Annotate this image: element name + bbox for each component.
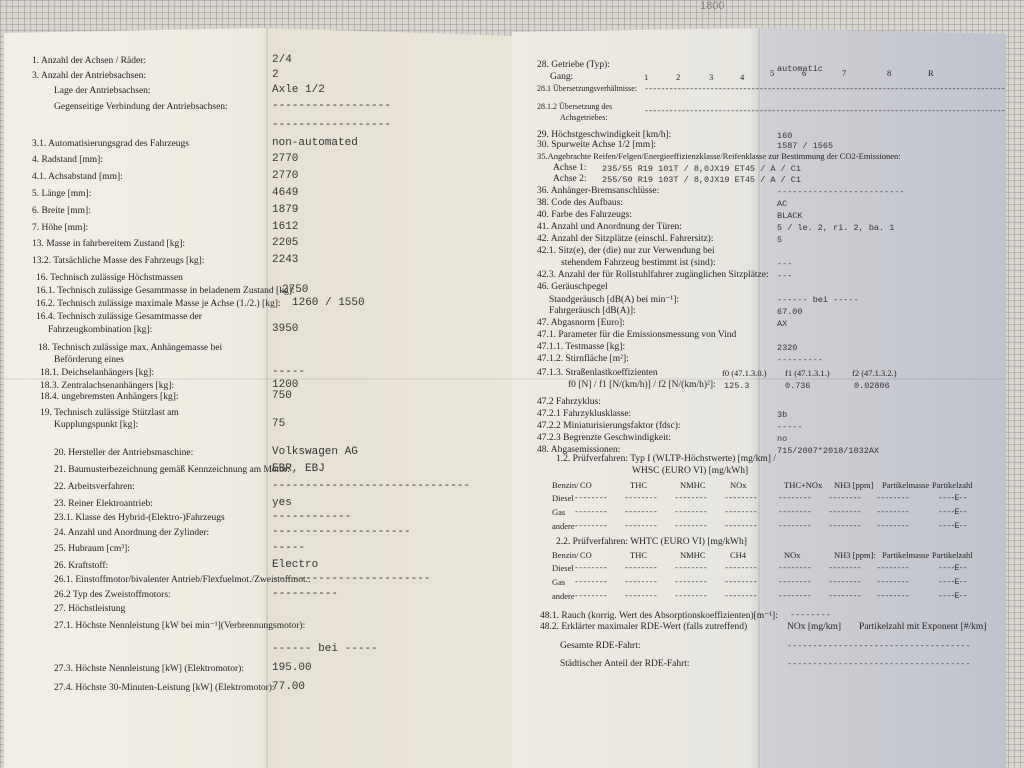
field-value: 3950	[272, 323, 298, 335]
field-value: no	[777, 434, 787, 444]
field-value: ---------------------	[272, 526, 411, 538]
field-label: 18.3. Zentralachsenanhängers [kg]:	[40, 381, 174, 391]
field-label: Achse 1:	[553, 163, 587, 173]
field-value: 5 / le. 2, ri. 2, ba. 1	[777, 223, 894, 233]
emissions-row-label: Diesel	[552, 493, 574, 503]
field-label: 42.3. Anzahl der für Rollstuhlfahrer zug…	[537, 270, 769, 280]
emissions-header: Benzin/	[552, 550, 578, 560]
field-value: 77.00	[272, 681, 305, 693]
field-label: 47.1.1. Testmasse [kg]:	[537, 342, 625, 352]
field-label: 18.1. Deichselanhängers [kg]:	[40, 368, 154, 378]
emissions-cell: --------	[724, 577, 757, 587]
rde-total-value: ------------------------------------	[787, 641, 971, 651]
field-label: 41. Anzahl und Anordnung der Türen:	[537, 222, 682, 232]
emissions-cell: --------	[828, 507, 861, 517]
field-value: 5	[777, 235, 782, 245]
field-value: 715/2007*2018/1832AX	[777, 446, 879, 456]
field-label: 18. Technisch zulässige max. Anhängemass…	[38, 343, 222, 353]
fold-line	[758, 28, 760, 768]
axle-ratio-dashes: ----------------------------------------…	[644, 106, 1006, 116]
field-value: 2/4	[272, 54, 292, 66]
emissions-cell: --------	[724, 507, 757, 517]
field-label: 47.2.1 Fahrzyklusklasse:	[537, 409, 631, 419]
field-label: 29. Höchstgeschwindigkeit [km/h]:	[537, 130, 671, 140]
field-value: 2750	[282, 284, 308, 296]
emissions-cell: --------	[876, 521, 909, 531]
field-value: ---	[777, 259, 792, 269]
gear-column: 3	[709, 72, 713, 82]
field-label: 26. Kraftstoff:	[54, 561, 108, 571]
emissions-header: Partikelzahl	[932, 550, 973, 560]
field-value: yes	[272, 497, 292, 509]
field-label: 42. Anzahl der Sitzplätze (einschl. Fahr…	[537, 234, 713, 244]
field-label: Standgeräusch [dB(A) bei min⁻¹]:	[549, 294, 679, 305]
emissions-cell: --------	[624, 493, 657, 503]
emissions-2-title: 2.2. Prüfverfahren: WHTC (EURO VI) [mg/k…	[556, 537, 747, 547]
ratio-dashes: ----------------------------------------…	[644, 84, 1006, 94]
emissions-row-label: Gas	[552, 507, 565, 517]
field-value: -----	[272, 542, 305, 554]
emissions-cell: --------	[828, 563, 861, 573]
field-label: 18.4. ungebremsten Anhängers [kg]:	[40, 392, 179, 402]
field-value: ------------------------------	[272, 480, 470, 492]
gear-column: 4	[740, 72, 744, 82]
emissions-cell: --------	[778, 521, 811, 531]
emissions-cell: --------	[674, 591, 707, 601]
emissions-cell: --------	[876, 591, 909, 601]
gear-column: R	[928, 68, 934, 78]
field-value: ----------	[272, 588, 338, 600]
field-label: 23.1. Klasse des Hybrid-(Elektro-)Fahrze…	[54, 513, 225, 523]
field-value: 750	[272, 390, 292, 402]
emissions-cell: --------	[624, 521, 657, 531]
emissions-cell: --------	[624, 563, 657, 573]
rde-total-label: Gesamte RDE-Fahrt:	[560, 641, 640, 651]
field-value: ------------------	[272, 100, 391, 112]
field-label: 3. Anzahl der Antriebsachsen:	[32, 71, 146, 81]
field-label: 27.3. Höchste Nennleistung [kW] (Elektro…	[54, 664, 244, 674]
field-value: 1587 / 1565	[777, 141, 833, 151]
gear-column: 7	[842, 68, 846, 78]
field-label: 47.1. Parameter für die Emissionsmessung…	[537, 330, 736, 340]
roadload-label: 47.1.3. Straßenlastkoeffizienten	[537, 368, 658, 378]
field-label: 4.1. Achsabstand [mm]:	[32, 172, 123, 182]
gear-column: 2	[676, 72, 680, 82]
emissions-row-label: andere	[552, 591, 575, 601]
field-value: 2	[272, 69, 279, 81]
field-value: -----	[272, 366, 305, 378]
axle-ratio-label-2: Achsgetriebes:	[560, 113, 608, 122]
emissions-cell: --------	[778, 507, 811, 517]
emissions-cell: --------	[828, 521, 861, 531]
gear-column: 5	[770, 68, 774, 78]
field-label: 27. Höchstleistung	[54, 604, 125, 614]
field-label: 36. Anhänger-Bremsanschlüsse:	[537, 186, 659, 196]
field-label: 40. Farbe des Fahrzeugs:	[537, 210, 632, 220]
emissions-cell: --------	[574, 521, 607, 531]
emissions-cell: --------	[674, 577, 707, 587]
emissions-cell: --------	[876, 563, 909, 573]
emissions-row-label: andere	[552, 521, 575, 531]
roadload-header-f2: f2 (47.1.3.2.)	[852, 368, 897, 378]
emissions-header: Partikelzahl	[932, 480, 973, 490]
emissions-cell-pn: ----E--	[938, 591, 967, 601]
smoke-label: 48.1. Rauch (korrig. Wert des Absorption…	[540, 610, 778, 621]
field-label: 30. Spurweite Achse 1/2 [mm]:	[537, 140, 656, 150]
handwritten-scribble: 1800	[700, 0, 724, 12]
field-label: Kupplungspunkt [kg]:	[54, 420, 138, 430]
emissions-header: Benzin/	[552, 480, 578, 490]
field-label: 19. Technisch zulässige Stützlast am	[40, 408, 179, 418]
field-label: Fahrgeräusch [dB(A)]:	[549, 306, 636, 316]
roadload-header-f0: f0 (47.1.3.0.)	[722, 368, 767, 378]
field-value: 1612	[272, 221, 298, 233]
field-value: 2770	[272, 170, 298, 182]
field-value: ---	[777, 271, 792, 281]
roadload-sublabel: f0 [N] / f1 [N/(km/h)] / f2 [N/(km/h)²]:	[568, 380, 716, 390]
emissions-cell: --------	[574, 591, 607, 601]
emissions-header: CO	[580, 550, 592, 560]
emissions-1-title: 1.2. Prüfverfahren: Typ I (WLTP-Höchstwe…	[556, 454, 776, 464]
gang-label: Gang:	[550, 72, 573, 82]
field-value: BLACK	[777, 211, 803, 221]
roadload-header-f1: f1 (47.1.3.1.)	[785, 368, 830, 378]
field-value: 235/55 R19 101T / 8,0JX19 ET45 / A / C1	[602, 164, 801, 174]
field-label: 35.Angebrachte Reifen/Felgen/Energieeffi…	[537, 151, 901, 161]
emissions-cell: --------	[574, 493, 607, 503]
field-value: ---------	[777, 355, 823, 365]
rde-urban-value: ------------------------------------	[787, 659, 971, 669]
emissions-cell: --------	[724, 563, 757, 573]
emissions-cell: --------	[876, 577, 909, 587]
emissions-cell-pn: ----E--	[938, 577, 967, 587]
field-value: -------------------------	[777, 187, 905, 197]
field-value: 195.00	[272, 662, 312, 674]
field-value: Axle 1/2	[272, 84, 325, 96]
rde-urban-label: Städtischer Anteil der RDE-Fahrt:	[560, 659, 690, 669]
field-label: 16.1. Technisch zulässige Gesamtmasse in…	[36, 286, 295, 296]
field-label: 3.1. Automatisierungsgrad des Fahrzeugs	[32, 139, 189, 149]
fold-line	[4, 378, 512, 380]
field-label: Fahrzeugkombination [kg]:	[48, 325, 152, 335]
emissions-cell: --------	[724, 493, 757, 503]
emissions-cell-pn: ----E--	[938, 521, 967, 531]
field-value: 75	[272, 418, 285, 430]
emissions-1-title-2: WHSC (EURO VI) [mg/kWh]	[632, 466, 748, 476]
field-value: 3b	[777, 410, 787, 420]
field-label: 7. Höhe [mm]:	[32, 223, 88, 233]
field-value: Volkswagen AG	[272, 446, 358, 458]
field-value: ------ bei -----	[777, 295, 859, 305]
field-value: non-automated	[272, 137, 358, 149]
field-label: 16.4. Technisch zulässige Gesamtmasse de…	[36, 312, 202, 322]
rde-col-pn: Partikelzahl mit Exponent [#/km]	[859, 622, 986, 632]
field-label: 16.2. Technisch zulässige maximale Masse…	[36, 299, 281, 309]
field-label: 16. Technisch zulässige Höchstmassen	[36, 273, 183, 283]
emissions-row-label: Diesel	[552, 563, 574, 573]
roadload-f0: 125.3	[724, 381, 750, 391]
emissions-cell: --------	[674, 507, 707, 517]
field-value: 255/50 R19 103T / 8,0JX19 ET45 / A / C1	[602, 175, 801, 185]
emissions-cell: --------	[778, 493, 811, 503]
emissions-cell-pn: ----E--	[938, 507, 967, 517]
emissions-header: NH3 [ppm]:	[834, 550, 876, 560]
emissions-header: THC	[630, 550, 647, 560]
emissions-header: THC	[630, 480, 647, 490]
emissions-header: NMHC	[680, 480, 706, 490]
field-label: 22. Arbeitsverfahren:	[54, 482, 135, 492]
gear-column: 6	[802, 68, 806, 78]
emissions-header: NOx	[784, 550, 801, 560]
field-value: Electro	[272, 559, 318, 571]
field-value: 4649	[272, 187, 298, 199]
emissions-cell: --------	[828, 591, 861, 601]
gear-column: 8	[887, 68, 891, 78]
field-label: 26.2 Typ des Zweistoffmotors:	[54, 590, 171, 600]
emissions-header: CH4	[730, 550, 746, 560]
field-value: 2320	[777, 343, 797, 353]
field-label: 47.1.2. Stirnfläche [m²]:	[537, 354, 629, 364]
emissions-cell: --------	[828, 493, 861, 503]
gear-column: 1	[644, 72, 648, 82]
emissions-header: NMHC	[680, 550, 706, 560]
emissions-cell: --------	[624, 577, 657, 587]
fold-line	[266, 28, 268, 768]
field-label: 42.1. Sitz(e), der (die) nur zur Verwend…	[537, 246, 715, 256]
emissions-header: CO	[580, 480, 592, 490]
field-value: 67.00	[777, 307, 803, 317]
emissions-cell: --------	[624, 507, 657, 517]
ratio-label: 28.1 Übersetzungsverhältnisse:	[537, 84, 637, 93]
document-page-right: 28. Getriebe (Typ): automatic Gang: 1234…	[512, 28, 1006, 768]
field-value: 1260 / 1550	[292, 297, 365, 309]
axle-ratio-label: 28.1.2 Übersetzung des	[537, 102, 612, 111]
emissions-cell: --------	[624, 591, 657, 601]
smoke-value: --------	[790, 610, 831, 620]
emissions-cell: --------	[674, 493, 707, 503]
emissions-header: NH3 [ppm]	[834, 480, 873, 490]
field-label: Beförderung eines	[54, 355, 124, 365]
field-label: 46. Geräuschpegel	[537, 282, 608, 292]
emissions-cell: --------	[876, 493, 909, 503]
emissions-cell: --------	[876, 507, 909, 517]
field-label: 47. Abgasnorm [Euro]:	[537, 318, 625, 328]
emissions-cell: --------	[778, 577, 811, 587]
emissions-cell: --------	[778, 563, 811, 573]
field-label: 4. Radstand [mm]:	[32, 155, 103, 165]
emissions-cell: --------	[674, 521, 707, 531]
field-label: 5. Länge [mm]:	[32, 189, 91, 199]
emissions-row-label: Gas	[552, 577, 565, 587]
field-value: 1879	[272, 204, 298, 216]
emissions-cell: --------	[574, 507, 607, 517]
emissions-cell: --------	[574, 577, 607, 587]
document-page-left: 1. Anzahl der Achsen / Räder:2/43. Anzah…	[4, 28, 512, 768]
emissions-cell: --------	[574, 563, 607, 573]
field-value: EBR, EBJ	[272, 463, 325, 475]
field-value: AC	[777, 199, 787, 209]
field-value: ------------------	[272, 119, 391, 131]
rde-label: 48.2. Erklärter maximaler RDE-Wert (fall…	[540, 622, 747, 632]
field-value: ------------	[272, 511, 351, 523]
gearbox-label: 28. Getriebe (Typ):	[537, 60, 610, 70]
field-label: Lage der Antriebsachsen:	[54, 86, 151, 96]
field-value: 2205	[272, 237, 298, 249]
emissions-header: Partikelmasse	[882, 480, 929, 490]
field-label: 27.1. Höchste Nennleistung [kW bei min⁻¹…	[54, 620, 305, 631]
field-label: 47.2 Fahrzyklus:	[537, 397, 601, 407]
emissions-cell: --------	[724, 521, 757, 531]
field-label: Gegenseitige Verbindung der Antriebsachs…	[54, 102, 228, 112]
field-label: stehendem Fahrzeug bestimmt ist (sind):	[561, 258, 716, 268]
emissions-header: NOx	[730, 480, 747, 490]
field-label: 6. Breite [mm]:	[32, 206, 91, 216]
field-label: 25. Hubraum [cm³]:	[54, 544, 130, 554]
field-value: AX	[777, 319, 787, 329]
field-label: 23. Reiner Elektroantrieb:	[54, 499, 153, 509]
field-label: 20. Hersteller der Antriebsmaschine:	[54, 448, 193, 458]
emissions-cell: --------	[778, 591, 811, 601]
emissions-header: THC+NOx	[784, 480, 822, 490]
field-label: 13.2. Tatsächliche Masse des Fahrzeugs […	[32, 256, 205, 266]
field-label: 27.4. Höchste 30-Minuten-Leistung [kW] (…	[54, 683, 275, 693]
field-label: 1. Anzahl der Achsen / Räder:	[32, 56, 146, 66]
emissions-cell: --------	[828, 577, 861, 587]
field-label: 24. Anzahl und Anordnung der Zylinder:	[54, 528, 209, 538]
emissions-cell-pn: ----E--	[938, 493, 967, 503]
field-label: 21. Baumusterbezeichnung gemäß Kennzeich…	[54, 465, 290, 475]
roadload-f2: 0.02806	[854, 381, 890, 391]
field-value: 160	[777, 131, 792, 141]
field-value: 2770	[272, 153, 298, 165]
gearbox-value: automatic	[777, 64, 823, 74]
field-label: 13. Masse in fahrbereitem Zustand [kg]:	[32, 239, 185, 249]
roadload-f1: 0.736	[785, 381, 811, 391]
field-label: 38. Code des Aufbaus:	[537, 198, 623, 208]
emissions-cell-pn: ----E--	[938, 563, 967, 573]
rde-col-nox: NOx [mg/km]	[787, 622, 841, 632]
emissions-cell: --------	[724, 591, 757, 601]
field-label: 47.2.3 Begrenzte Geschwindigkeit:	[537, 433, 671, 443]
field-label: Achse 2:	[553, 174, 587, 184]
field-value: -----	[777, 422, 803, 432]
field-label: 47.2.2 Miniaturisierungsfaktor (fdsc):	[537, 421, 681, 431]
emissions-cell: --------	[674, 563, 707, 573]
field-value: ------------------------	[272, 573, 430, 585]
emissions-header: Partikelmasse	[882, 550, 929, 560]
field-value: 2243	[272, 254, 298, 266]
field-value: ------ bei -----	[272, 643, 378, 655]
